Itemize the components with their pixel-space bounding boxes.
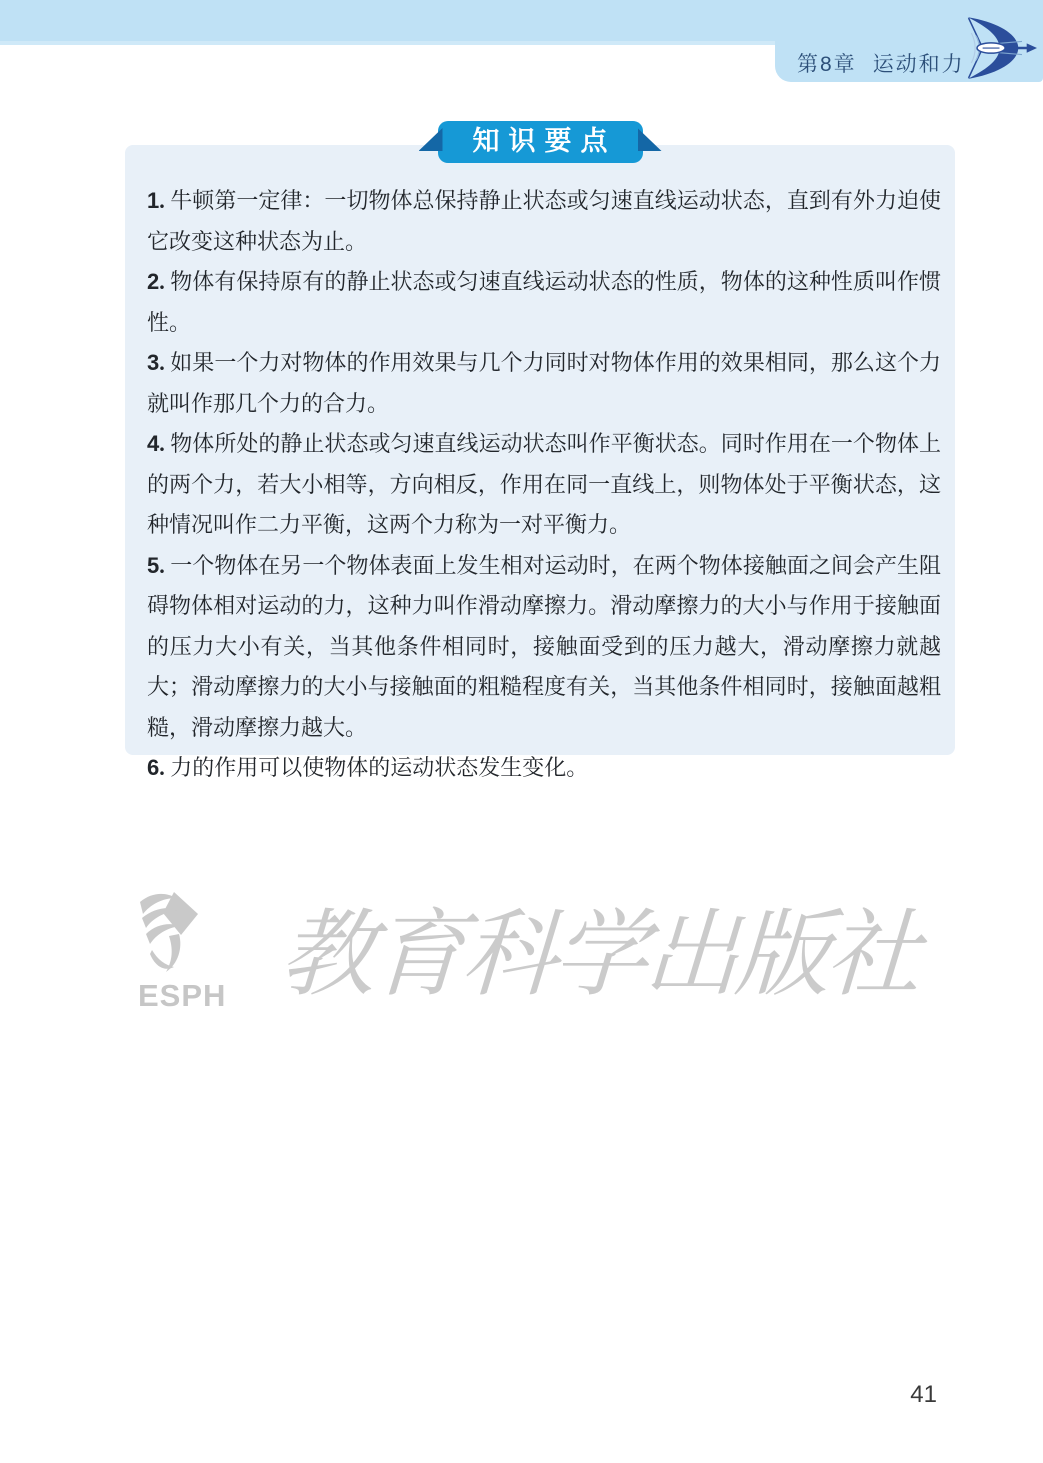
chapter-number: 第8章 (797, 53, 857, 76)
point-separator: . (159, 188, 170, 213)
page-number: 41 (910, 1381, 937, 1409)
point-separator: . (159, 269, 170, 294)
publisher-name: 教育科学出版社 (276, 880, 924, 1030)
publisher-logo-icon (138, 890, 208, 983)
point-number: 4 (147, 431, 159, 456)
knowledge-point: 5. 一个物体在另一个物体表面上发生相对运动时，在两个物体接触面之间会产生阻碍物… (147, 546, 941, 749)
chapter-heading: 第8章运动和力 (797, 48, 965, 78)
point-text: 物体有保持原有的静止状态或匀速直线运动状态的性质，物体的这种性质叫作惯性。 (147, 269, 941, 335)
point-separator: . (159, 431, 170, 456)
point-number: 3 (147, 350, 159, 375)
knowledge-box: 1. 牛顿第一定律：一切物体总保持静止状态或匀速直线运动状态，直到有外力迫使它改… (125, 145, 955, 755)
point-separator: . (159, 755, 170, 780)
knowledge-point: 4. 物体所处的静止状态或匀速直线运动状态叫作平衡状态。同时作用在一个物体上的两… (147, 424, 941, 546)
point-separator: . (159, 553, 170, 578)
knowledge-point: 1. 牛顿第一定律：一切物体总保持静止状态或匀速直线运动状态，直到有外力迫使它改… (147, 181, 941, 262)
point-number: 2 (147, 269, 159, 294)
knowledge-banner-plate: 知识要点 (438, 121, 643, 163)
knowledge-point: 3. 如果一个力对物体的作用效果与几个力同时对物体作用的效果相同，那么这个力就叫… (147, 343, 941, 424)
publisher-acronym: ESPH (138, 978, 226, 1014)
point-text: 物体所处的静止状态或匀速直线运动状态叫作平衡状态。同时作用在一个物体上的两个力，… (147, 431, 941, 537)
point-separator: . (159, 350, 170, 375)
publisher-watermark: ESPH 教育科学出版社 (0, 880, 1043, 1040)
point-text: 牛顿第一定律：一切物体总保持静止状态或匀速直线运动状态，直到有外力迫使它改变这种… (147, 188, 941, 254)
point-text: 如果一个力对物体的作用效果与几个力同时对物体作用的效果相同，那么这个力就叫作那几… (147, 350, 941, 416)
point-number: 5 (147, 553, 159, 578)
knowledge-point: 2. 物体有保持原有的静止状态或匀速直线运动状态的性质，物体的这种性质叫作惯性。 (147, 262, 941, 343)
point-text: 力的作用可以使物体的运动状态发生变化。 (170, 755, 588, 780)
bow-arrow-icon (947, 15, 1037, 86)
point-number: 1 (147, 188, 159, 213)
banner-ribbon-left (419, 128, 443, 151)
chapter-tab: 第8章运动和力 (775, 0, 1043, 82)
point-number: 6 (147, 755, 159, 780)
point-text: 一个物体在另一个物体表面上发生相对运动时，在两个物体接触面之间会产生阻碍物体相对… (147, 553, 941, 740)
knowledge-point: 6. 力的作用可以使物体的运动状态发生变化。 (147, 748, 941, 789)
knowledge-banner-label: 知识要点 (473, 126, 617, 156)
